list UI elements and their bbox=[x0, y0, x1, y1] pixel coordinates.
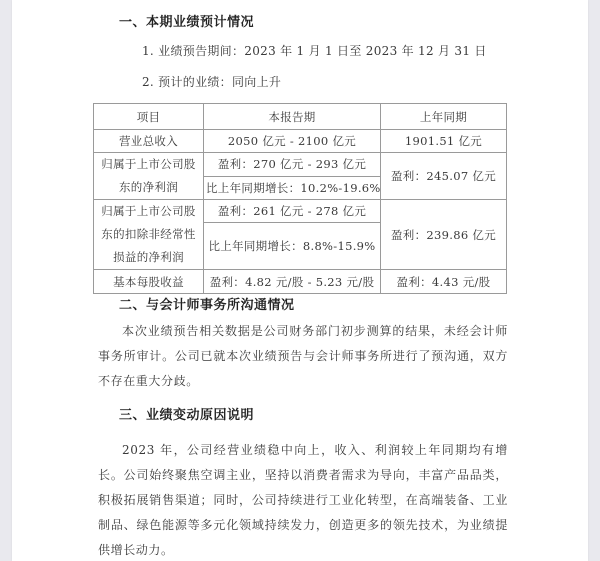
table-row-revenue: 营业总收入 2050 亿元 - 2100 亿元 1901.51 亿元 bbox=[94, 130, 507, 153]
document-page: 一、本期业绩预计情况 1. 业绩预告期间：2023 年 1 月 1 日至 202… bbox=[12, 0, 588, 561]
eps-label: 基本每股收益 bbox=[94, 270, 204, 294]
deducted-label-line2: 东的扣除非经常性 bbox=[96, 223, 201, 246]
deducted-net-profit-growth: 比上年同期增长：8.8%-15.9% bbox=[204, 223, 381, 270]
section1-heading: 一、本期业绩预计情况 bbox=[119, 11, 254, 30]
header-current-period: 本报告期 bbox=[204, 104, 381, 130]
net-profit-growth: 比上年同期增长：10.2%-19.6% bbox=[204, 176, 381, 200]
section2-paragraph: 本次业绩预告相关数据是公司财务部门初步测算的结果，未经会计师事务所审计。公司已就… bbox=[98, 319, 508, 394]
table-row-net-profit: 归属于上市公司股 东的净利润 盈利：270 亿元 - 293 亿元 盈利：245… bbox=[94, 153, 507, 177]
section3-paragraph: 2023 年，公司经营业绩稳中向上，收入、利润较上年同期均有增长。公司始终聚焦空… bbox=[98, 438, 508, 561]
table-header-row: 项目 本报告期 上年同期 bbox=[94, 104, 507, 130]
net-profit-label-line2: 东的净利润 bbox=[96, 176, 201, 199]
table-row-eps: 基本每股收益 盈利：4.82 元/股 - 5.23 元/股 盈利：4.43 元/… bbox=[94, 270, 507, 294]
table-row-deducted-net-profit: 归属于上市公司股 东的扣除非经常性 损益的净利润 盈利：261 亿元 - 278… bbox=[94, 200, 507, 223]
earnings-forecast-table: 项目 本报告期 上年同期 营业总收入 2050 亿元 - 2100 亿元 190… bbox=[93, 103, 507, 294]
section2-heading: 二、与会计师事务所沟通情况 bbox=[119, 294, 295, 313]
deducted-net-profit-current: 盈利：261 亿元 - 278 亿元 bbox=[204, 200, 381, 223]
net-profit-current: 盈利：270 亿元 - 293 亿元 bbox=[204, 153, 381, 177]
header-prior-period: 上年同期 bbox=[381, 104, 507, 130]
net-profit-label-line1: 归属于上市公司股 bbox=[96, 153, 201, 176]
revenue-prior: 1901.51 亿元 bbox=[381, 130, 507, 153]
deducted-net-profit-label: 归属于上市公司股 东的扣除非经常性 损益的净利润 bbox=[94, 200, 204, 270]
eps-prior: 盈利：4.43 元/股 bbox=[381, 270, 507, 294]
eps-current: 盈利：4.82 元/股 - 5.23 元/股 bbox=[204, 270, 381, 294]
net-profit-label: 归属于上市公司股 东的净利润 bbox=[94, 153, 204, 200]
revenue-current: 2050 亿元 - 2100 亿元 bbox=[204, 130, 381, 153]
forecast-trend: 2. 预计的业绩：同向上升 bbox=[142, 73, 281, 90]
revenue-label: 营业总收入 bbox=[94, 130, 204, 153]
section3-heading: 三、业绩变动原因说明 bbox=[119, 404, 254, 423]
deducted-label-line1: 归属于上市公司股 bbox=[96, 200, 201, 223]
forecast-period: 1. 业绩预告期间：2023 年 1 月 1 日至 2023 年 12 月 31… bbox=[142, 42, 487, 59]
net-profit-prior: 盈利：245.07 亿元 bbox=[381, 153, 507, 200]
header-item: 项目 bbox=[94, 104, 204, 130]
deducted-label-line3: 损益的净利润 bbox=[96, 246, 201, 269]
deducted-net-profit-prior: 盈利：239.86 亿元 bbox=[381, 200, 507, 270]
